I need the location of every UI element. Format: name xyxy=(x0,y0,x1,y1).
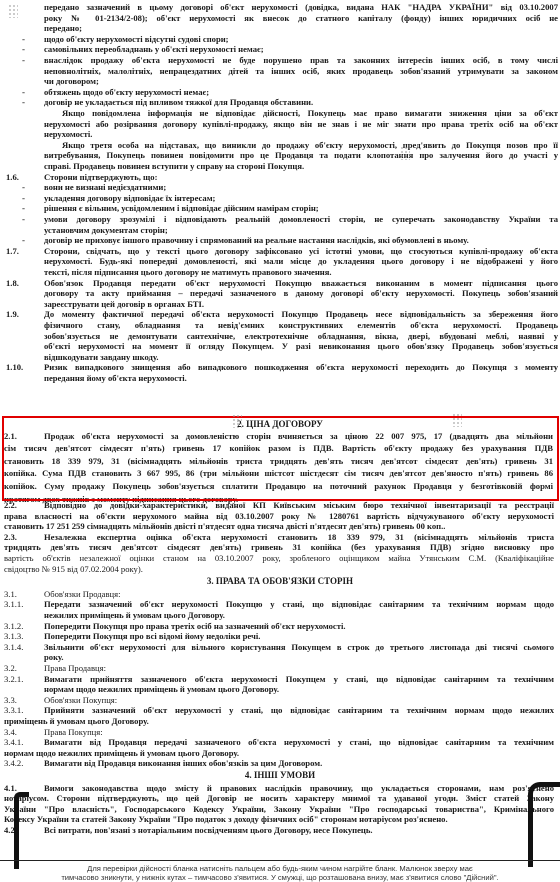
clause-number: 2.3. xyxy=(4,532,17,542)
bullet-dash-icon: - xyxy=(22,235,25,245)
section-heading-other: 4. ІНШІ УМОВИ xyxy=(0,770,560,780)
clause-text: об'єкті нерухомості на момент її огляду … xyxy=(44,341,558,351)
clause-number: 1.7. xyxy=(6,246,19,256)
section-heading-rights: 3. ПРАВА ТА ОБОВ'ЯЗКИ СТОРІН xyxy=(0,576,560,586)
clause-text: нормам щодо нежилих приміщень й умовам ц… xyxy=(4,748,239,758)
clause-text: вартість об'єктів незалежної оцінки стан… xyxy=(4,553,554,563)
clause-number: 3.3. xyxy=(4,695,17,705)
clause-number: 4.1. xyxy=(4,783,17,793)
clause-number: 3.1. xyxy=(4,589,17,599)
security-footer-note: тимчасово зникнути, у нижніх кутах – тим… xyxy=(0,873,560,882)
bullet-dash-icon: - xyxy=(22,87,25,97)
clause-number: 3.4.2. xyxy=(4,758,23,768)
clause-text: тексті, після підписання цього договору … xyxy=(44,267,332,277)
clause-text: Обов'язки Покупця: xyxy=(44,695,117,705)
bullet-item: договір не укладається під впливом тяжко… xyxy=(44,97,313,107)
clause-text: фізичного стану, обладнання та невід'ємн… xyxy=(44,320,558,330)
clause-text: нерухомості. Будь-які попередні домовлен… xyxy=(44,256,558,266)
bullet-dash-icon: - xyxy=(22,34,25,44)
clause-text: Обов'язки Продавця: xyxy=(44,589,121,599)
clause-text: До моменту фактичної передачі об'єкта не… xyxy=(44,309,558,319)
bullet-dash-icon: - xyxy=(22,97,25,107)
clause-text: року. xyxy=(44,652,64,662)
clause-text: Вимагати від Продавця виконання інших об… xyxy=(44,758,322,768)
clause-lead: Сторони підтверджують, що: xyxy=(44,172,157,182)
clause-text: нормам щодо нежилих приміщень й умовам ц… xyxy=(44,684,279,694)
bullet-item: неповнолітніх, малолітніх, непрацездатни… xyxy=(44,66,558,76)
clause-number: 3.4.1. xyxy=(4,737,23,747)
intro-line: року № 01-2134/2-08); об'єкт нерухомості… xyxy=(44,13,558,23)
clause-number: 3.1.3. xyxy=(4,631,23,641)
clause-text: приміщень й умовам цього Договору. xyxy=(4,716,149,726)
clause-text: зобов'язується не демонтувати сантехнічн… xyxy=(44,331,558,341)
highlight-box-price-section xyxy=(2,416,559,501)
clause-number: 3.1.4. xyxy=(4,642,23,652)
clause-text: передання йому об'єкта нерухомості. xyxy=(44,373,187,383)
bullet-dash-icon: - xyxy=(22,55,25,65)
clause-text: договору та акту приймання – передачі за… xyxy=(44,288,558,298)
clause-number: 1.6. xyxy=(6,172,19,182)
clause-text: Передати зазначений об'єкт нерухомості П… xyxy=(44,599,554,609)
bullet-dash-icon: - xyxy=(22,193,25,203)
clause-text: Вимагати прийняття зазначеного об'єкта н… xyxy=(44,674,554,684)
intro-line: передано зазначений в цьому договорі об'… xyxy=(44,2,558,12)
paragraph-line: нерухомості або розірвання договору купі… xyxy=(44,119,558,129)
bullet-dash-icon: - xyxy=(22,214,25,224)
bullet-dash-icon: - xyxy=(22,44,25,54)
bullet-dash-icon: - xyxy=(22,182,25,192)
bullet-item: внаслідок продажу об'єкта нерухомості не… xyxy=(44,55,558,65)
paragraph-line: справі. Продавець повинен вступити у спр… xyxy=(44,161,304,171)
security-bracket-left-icon xyxy=(14,792,29,869)
clause-text: Незалежна експертна оцінка об'єкта нерух… xyxy=(44,532,554,542)
clause-text: тридцять дев'ять тисяч дев'ятсот сімдеся… xyxy=(4,542,554,552)
clause-number: 3.4. xyxy=(4,727,17,737)
clause-number: 1.9. xyxy=(6,309,19,319)
clause-text: права власності на об'єкти нерухомого ма… xyxy=(4,511,554,521)
clause-text: Права Покупця: xyxy=(44,727,103,737)
clause-number: 3.2. xyxy=(4,663,17,673)
clause-text: Права Продавця: xyxy=(44,663,106,673)
clause-text: Всі витрати, пов'язані з нотаріальним по… xyxy=(44,825,373,835)
clause-text: Прийняти зазначений об'єкт нерухомості у… xyxy=(44,705,554,715)
scan-speck-icon xyxy=(400,146,410,160)
footer-divider xyxy=(0,860,560,861)
security-bracket-right-icon xyxy=(528,782,560,867)
clause-text: Кодексу України та статей Закону України… xyxy=(4,814,448,824)
bullet-item: обтяжень щодо об'єкту нерухомості немає; xyxy=(44,87,209,97)
clause-text: становить 17 251 259 сімнадцять мільйоні… xyxy=(4,521,445,531)
clause-text: Звільнити об'єкт нерухомості для вільног… xyxy=(44,642,554,652)
paragraph-line: витребування, Покупець повинен повідомит… xyxy=(44,150,558,160)
scan-speck-icon xyxy=(8,4,18,18)
paragraph-line: Якщо повідомлена інформація не відповіда… xyxy=(62,108,558,118)
clause-text: свідоцтво № 915 від 07.02.2004 року). xyxy=(4,564,143,574)
clause-number: 3.1.1. xyxy=(4,599,23,609)
bullet-item: установчим документам сторін; xyxy=(44,225,168,235)
clause-text: Сторони, свідчать, що у тексті цього дог… xyxy=(44,246,558,256)
clause-number: 3.1.2. xyxy=(4,621,23,631)
intro-line: передано; xyxy=(44,23,82,33)
scan-speck-icon xyxy=(452,413,462,427)
clause-text: України "Про власність", Господарського … xyxy=(4,804,554,814)
bullet-item: рішення є вільним, усвідомленим і відпов… xyxy=(44,203,319,213)
clause-number: 3.3.1. xyxy=(4,705,23,715)
bullet-item: укладення договору відповідає їх інтерес… xyxy=(44,193,215,203)
clause-text: Відповідно до довідки-характеристики, ви… xyxy=(44,500,554,510)
clause-number: 1.10. xyxy=(6,362,23,372)
clause-text: Вимоги законодавства щодо змісту й право… xyxy=(44,783,554,793)
clause-number: 3.2.1. xyxy=(4,674,23,684)
bullet-item: чи договором; xyxy=(44,76,99,86)
paragraph-line: нерухомості. xyxy=(44,129,92,139)
clause-text: Ризик випадкового знищення або випадково… xyxy=(44,362,558,372)
clause-text: Попередити Покупця про права третіх осіб… xyxy=(44,621,346,631)
paragraph-line: Якщо третя особа на підставах, що виникл… xyxy=(62,140,558,150)
scan-speck-icon xyxy=(232,414,242,428)
bullet-item: самовільних переобладнань у об'єкті неру… xyxy=(44,44,264,54)
bullet-item: договір не приховує іншого правочину і с… xyxy=(44,235,469,245)
clause-text: Обов'язок Продавця передати об'єкт нерух… xyxy=(44,278,558,288)
clause-number: 1.8. xyxy=(6,278,19,288)
clause-text: Вимагати від Продавця передачі зазначено… xyxy=(44,737,554,747)
bullet-dash-icon: - xyxy=(22,203,25,213)
bullet-item: умови договору зрозумілі і відповідають … xyxy=(44,214,558,224)
clause-text: нотаріусом. Сторони підтверджують, що це… xyxy=(4,793,554,803)
clause-text: нежилих приміщень й умовам цього Договор… xyxy=(44,610,225,620)
clause-text: відшкодувати завдану шкоду. xyxy=(44,352,159,362)
clause-text: зареєструвати цей договір в органах БТІ. xyxy=(44,299,204,309)
clause-number: 2.2. xyxy=(4,500,17,510)
bullet-item: щодо об'єкту нерухомості відсутні судові… xyxy=(44,34,229,44)
bullet-item: вони не визнані недієздатними; xyxy=(44,182,166,192)
clause-text: Попередити Покупця про всі відомі йому н… xyxy=(44,631,260,641)
